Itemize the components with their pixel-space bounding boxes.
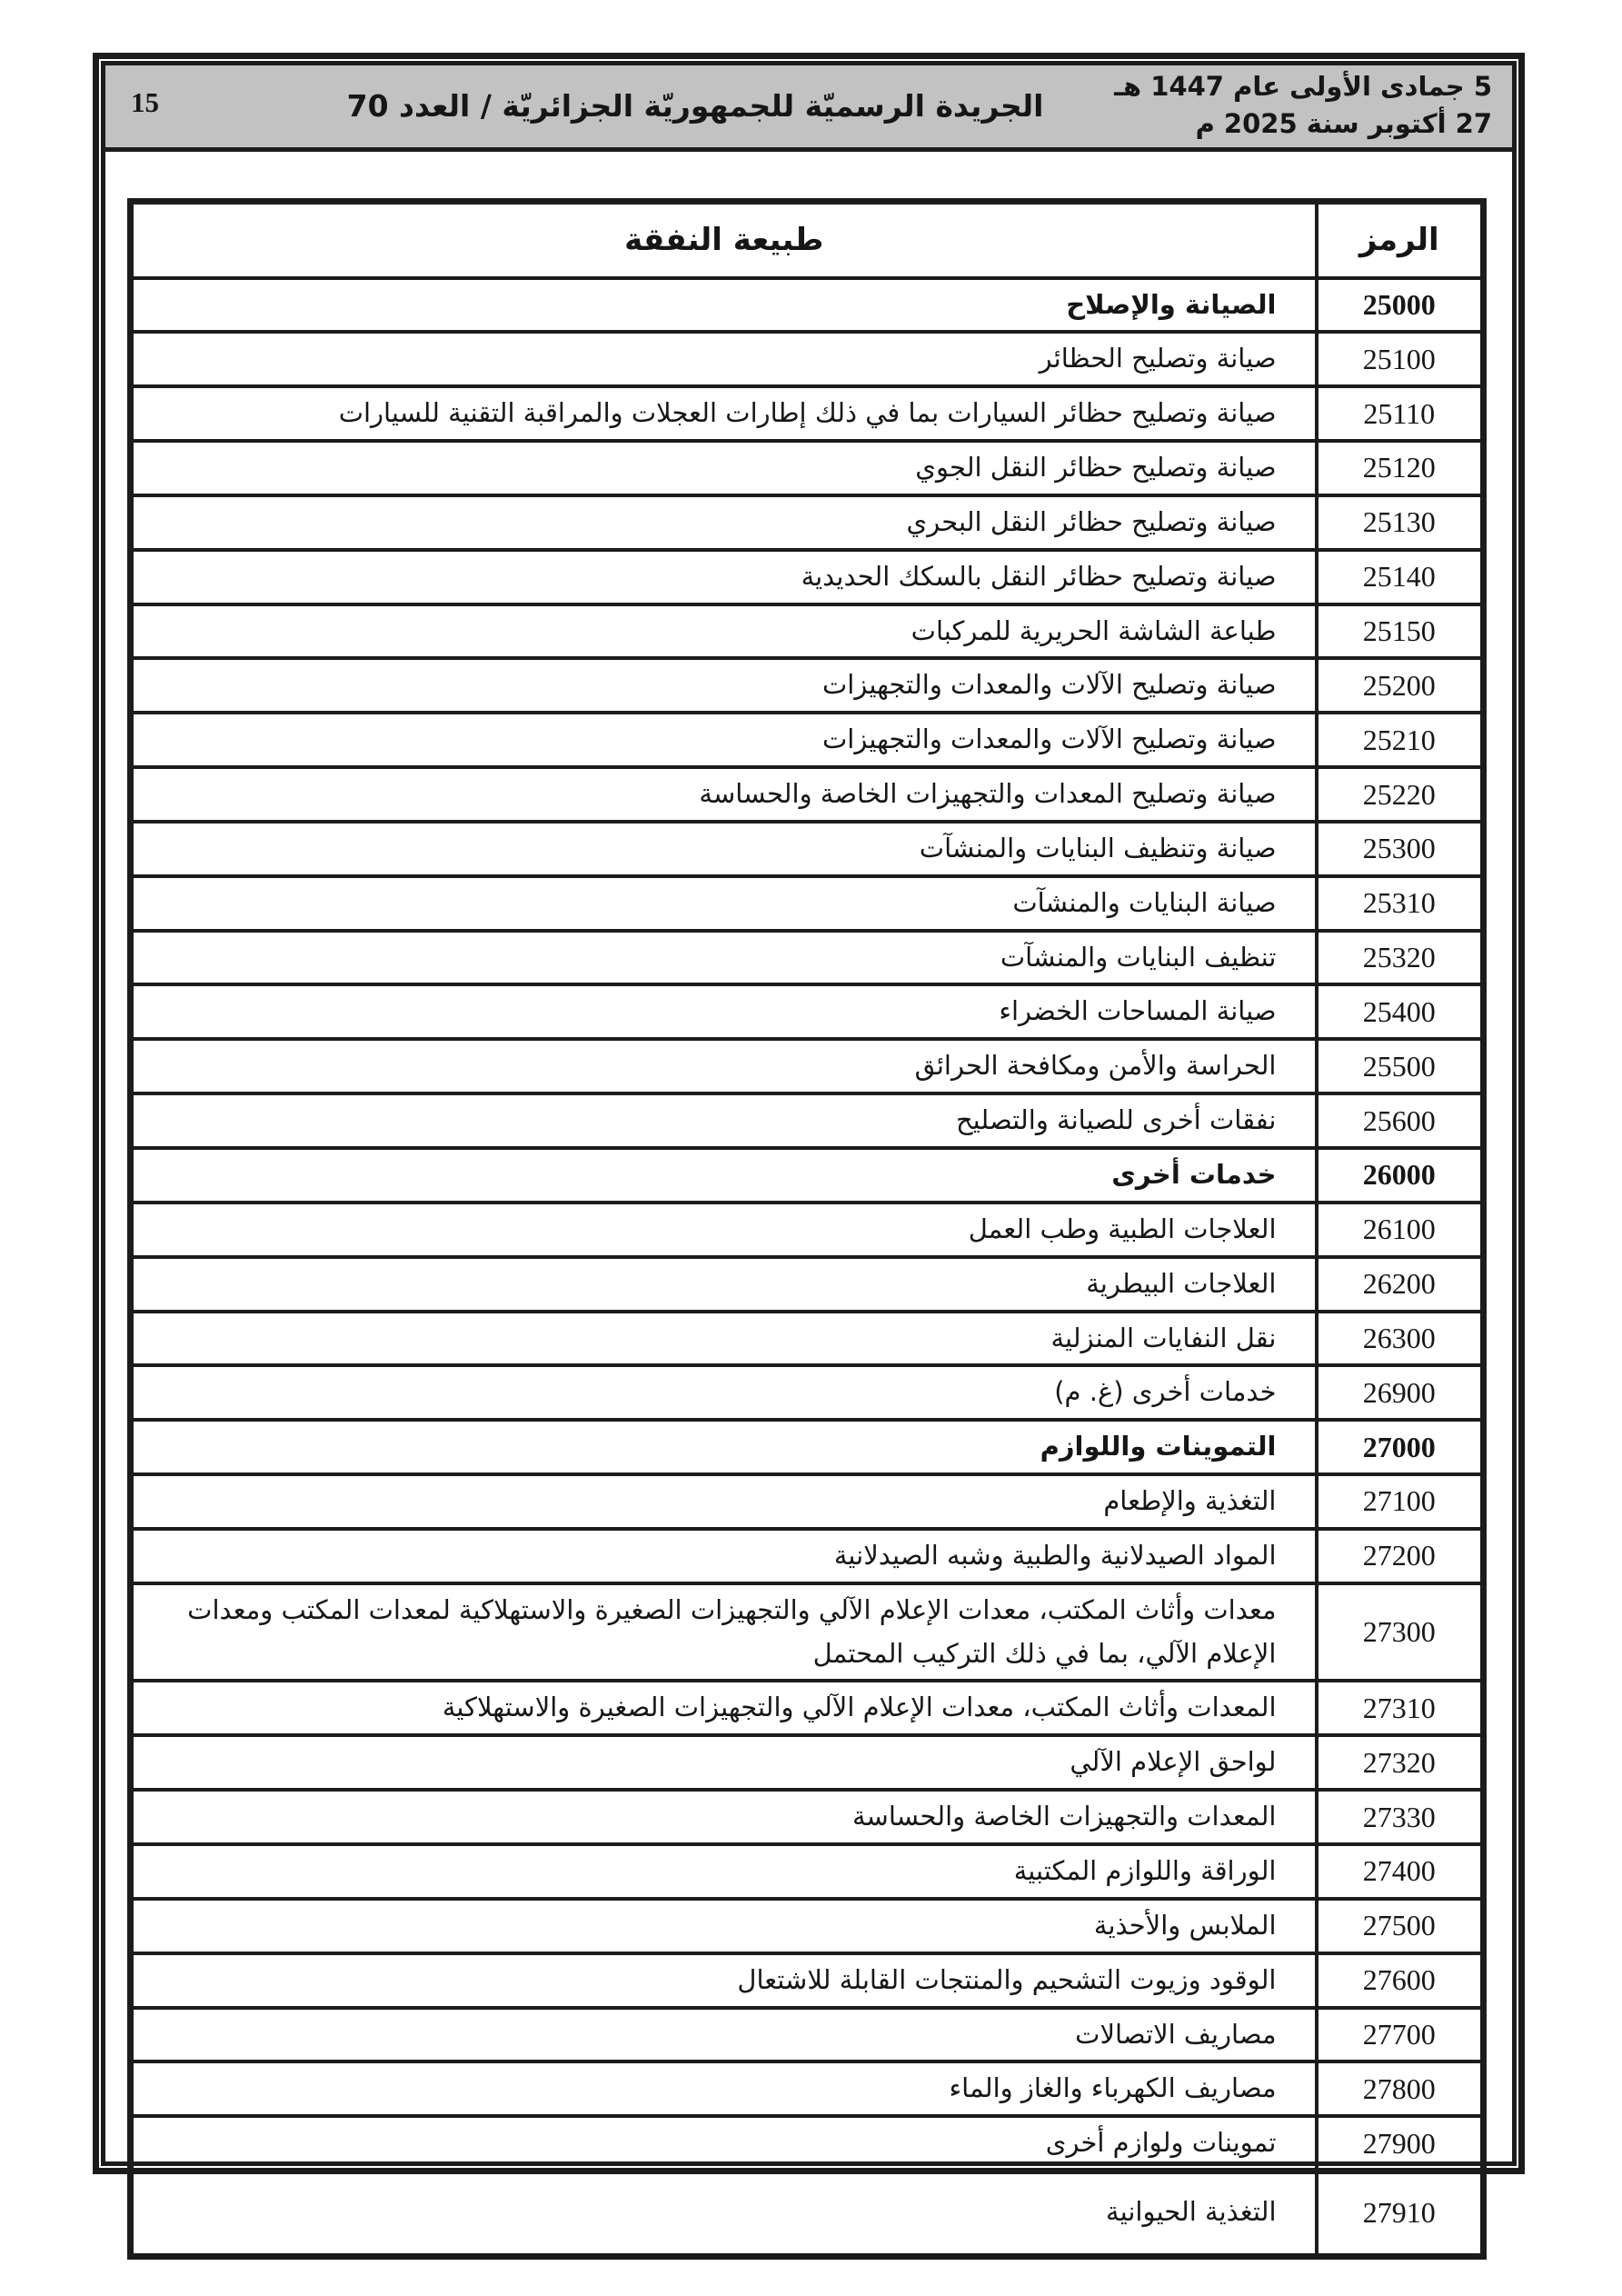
expense-nature: خدمات أخرى xyxy=(131,1148,1317,1203)
page-frame: 5 جمادى الأولى عام 1447 هـ 27 أكتوبر سنة… xyxy=(93,53,1525,2174)
expense-nature: العلاجات الطبية وطب العمل xyxy=(131,1203,1317,1257)
expense-code: 27300 xyxy=(1317,1583,1484,1682)
expense-nature: المواد الصيدلانية والطبية وشبه الصيدلاني… xyxy=(131,1529,1317,1583)
expense-code: 25130 xyxy=(1317,495,1484,550)
table-row: 27320لواحق الإعلام الآلي xyxy=(131,1735,1484,1790)
nature-column-header: طبيعة النفقة xyxy=(131,202,1317,278)
expense-code: 27900 xyxy=(1317,2116,1484,2171)
code-column-header: الرمز xyxy=(1317,202,1484,278)
expense-nature: التغذية والإطعام xyxy=(131,1474,1317,1529)
expense-code: 25220 xyxy=(1317,767,1484,822)
expense-code: 25150 xyxy=(1317,604,1484,659)
expense-code: 25200 xyxy=(1317,658,1484,713)
table-row: 25320تنظيف البنايات والمنشآت xyxy=(131,931,1484,985)
table-row: 25400صيانة المساحات الخضراء xyxy=(131,984,1484,1039)
expense-code: 26000 xyxy=(1317,1148,1484,1203)
expense-code: 25300 xyxy=(1317,822,1484,876)
table-row: 25210صيانة وتصليح الآلات والمعدات والتجه… xyxy=(131,713,1484,767)
expense-code: 27310 xyxy=(1317,1681,1484,1735)
table-row: 27600الوقود وزيوت التشحيم والمنتجات القا… xyxy=(131,1953,1484,2008)
table-row: 27100التغذية والإطعام xyxy=(131,1474,1484,1529)
expense-code: 26300 xyxy=(1317,1312,1484,1366)
expense-nature: طباعة الشاشة الحريرية للمركبات xyxy=(131,604,1317,659)
expense-code: 27320 xyxy=(1317,1735,1484,1790)
page-frame-inner: 5 جمادى الأولى عام 1447 هـ 27 أكتوبر سنة… xyxy=(101,61,1517,2166)
expense-nature: مصاريف الكهرباء والغاز والماء xyxy=(131,2061,1317,2116)
expense-code: 25400 xyxy=(1317,984,1484,1039)
expense-codes-table: الرمز طبيعة النفقة 25000الصيانة والإصلاح… xyxy=(127,198,1487,2260)
table-row: 27800مصاريف الكهرباء والغاز والماء xyxy=(131,2061,1484,2116)
journal-title: الجريدة الرسميّة للجمهوريّة الجزائريّة /… xyxy=(214,88,1176,124)
expense-nature: الوراقة واللوازم المكتبية xyxy=(131,1844,1317,1899)
expense-nature: معدات وأثاث المكتب، معدات الإعلام الآلي … xyxy=(131,1583,1317,1682)
expense-nature: تنظيف البنايات والمنشآت xyxy=(131,931,1317,985)
expense-nature: صيانة وتصليح حظائر النقل البحري xyxy=(131,495,1317,550)
expense-code: 25140 xyxy=(1317,550,1484,604)
expense-code: 25320 xyxy=(1317,931,1484,985)
table-row: 25500الحراسة والأمن ومكافحة الحرائق xyxy=(131,1039,1484,1093)
table-row: 25150طباعة الشاشة الحريرية للمركبات xyxy=(131,604,1484,659)
expense-nature: صيانة وتصليح حظائر النقل بالسكك الحديدية xyxy=(131,550,1317,604)
table-row: 25110صيانة وتصليح حظائر السيارات بما في … xyxy=(131,386,1484,441)
expense-code: 26100 xyxy=(1317,1203,1484,1257)
table-row: 27910التغذية الحيوانية xyxy=(131,2171,1484,2256)
expense-nature: صيانة وتصليح الآلات والمعدات والتجهيزات xyxy=(131,658,1317,713)
expense-nature: صيانة البنايات والمنشآت xyxy=(131,876,1317,931)
expense-nature: صيانة وتصليح الآلات والمعدات والتجهيزات xyxy=(131,713,1317,767)
expense-code: 25110 xyxy=(1317,386,1484,441)
expense-code: 27800 xyxy=(1317,2061,1484,2116)
table-row: 26300نقل النفايات المنزلية xyxy=(131,1312,1484,1366)
expense-code: 27910 xyxy=(1317,2171,1484,2256)
expense-nature: تموينات ولوازم أخرى xyxy=(131,2116,1317,2171)
expense-nature: المعدات والتجهيزات الخاصة والحساسة xyxy=(131,1790,1317,1844)
expense-code: 27200 xyxy=(1317,1529,1484,1583)
expense-code: 27000 xyxy=(1317,1420,1484,1474)
table-row: 27310المعدات وأثاث المكتب، معدات الإعلام… xyxy=(131,1681,1484,1735)
expense-nature: صيانة وتصليح حظائر السيارات بما في ذلك إ… xyxy=(131,386,1317,441)
expense-code: 26900 xyxy=(1317,1365,1484,1420)
expense-code: 25000 xyxy=(1317,278,1484,333)
table-row: 25120صيانة وتصليح حظائر النقل الجوي xyxy=(131,441,1484,495)
expense-nature: لواحق الإعلام الآلي xyxy=(131,1735,1317,1790)
expense-code: 27500 xyxy=(1317,1899,1484,1953)
expense-nature: مصاريف الاتصالات xyxy=(131,2008,1317,2062)
expense-nature: التموينات واللوازم xyxy=(131,1420,1317,1474)
table-row: 27000التموينات واللوازم xyxy=(131,1420,1484,1474)
expense-code: 27330 xyxy=(1317,1790,1484,1844)
table-header-row: الرمز طبيعة النفقة xyxy=(131,202,1484,278)
table-row: 25130صيانة وتصليح حظائر النقل البحري xyxy=(131,495,1484,550)
table-row: 25300صيانة وتنظيف البنايات والمنشآت xyxy=(131,822,1484,876)
expense-nature: صيانة وتصليح المعدات والتجهيزات الخاصة و… xyxy=(131,767,1317,822)
table-row: 27330المعدات والتجهيزات الخاصة والحساسة xyxy=(131,1790,1484,1844)
table-row: 26200العلاجات البيطرية xyxy=(131,1257,1484,1312)
expense-nature: المعدات وأثاث المكتب، معدات الإعلام الآل… xyxy=(131,1681,1317,1735)
expense-code: 26200 xyxy=(1317,1257,1484,1312)
expense-code: 25120 xyxy=(1317,441,1484,495)
expense-nature: صيانة المساحات الخضراء xyxy=(131,984,1317,1039)
expense-code: 25210 xyxy=(1317,713,1484,767)
expense-nature: نقل النفايات المنزلية xyxy=(131,1312,1317,1366)
table-row: 27300معدات وأثاث المكتب، معدات الإعلام ا… xyxy=(131,1583,1484,1682)
table-row: 27900تموينات ولوازم أخرى xyxy=(131,2116,1484,2171)
table-row: 25100صيانة وتصليح الحظائر xyxy=(131,332,1484,386)
masthead: 5 جمادى الأولى عام 1447 هـ 27 أكتوبر سنة… xyxy=(105,65,1512,152)
expense-nature: الحراسة والأمن ومكافحة الحرائق xyxy=(131,1039,1317,1093)
table-row: 25600نفقات أخرى للصيانة والتصليح xyxy=(131,1093,1484,1148)
expense-nature: العلاجات البيطرية xyxy=(131,1257,1317,1312)
expense-nature: الملابس والأحذية xyxy=(131,1899,1317,1953)
table-row: 26100العلاجات الطبية وطب العمل xyxy=(131,1203,1484,1257)
expense-code: 25500 xyxy=(1317,1039,1484,1093)
expense-nature: صيانة وتنظيف البنايات والمنشآت xyxy=(131,822,1317,876)
expense-code: 25100 xyxy=(1317,332,1484,386)
expense-code: 25600 xyxy=(1317,1093,1484,1148)
expense-code: 25310 xyxy=(1317,876,1484,931)
expense-code: 27100 xyxy=(1317,1474,1484,1529)
expense-nature: الوقود وزيوت التشحيم والمنتجات القابلة ل… xyxy=(131,1953,1317,2008)
expense-nature: نفقات أخرى للصيانة والتصليح xyxy=(131,1093,1317,1148)
table-row: 27400الوراقة واللوازم المكتبية xyxy=(131,1844,1484,1899)
table-row: 26000خدمات أخرى xyxy=(131,1148,1484,1203)
table-row: 25310صيانة البنايات والمنشآت xyxy=(131,876,1484,931)
expense-code: 27600 xyxy=(1317,1953,1484,2008)
page-number: 15 xyxy=(131,86,159,119)
table-row: 25200صيانة وتصليح الآلات والمعدات والتجه… xyxy=(131,658,1484,713)
expense-nature: خدمات أخرى (غ. م) xyxy=(131,1365,1317,1420)
table-row: 27200المواد الصيدلانية والطبية وشبه الصي… xyxy=(131,1529,1484,1583)
expense-nature: صيانة وتصليح حظائر النقل الجوي xyxy=(131,441,1317,495)
table-row: 25140صيانة وتصليح حظائر النقل بالسكك الح… xyxy=(131,550,1484,604)
table-row: 27700مصاريف الاتصالات xyxy=(131,2008,1484,2062)
expense-code: 27400 xyxy=(1317,1844,1484,1899)
expense-nature: التغذية الحيوانية xyxy=(131,2171,1317,2256)
expense-nature: صيانة وتصليح الحظائر xyxy=(131,332,1317,386)
table-row: 27500الملابس والأحذية xyxy=(131,1899,1484,1953)
table-row: 25000الصيانة والإصلاح xyxy=(131,278,1484,333)
expense-code: 27700 xyxy=(1317,2008,1484,2062)
expense-nature: الصيانة والإصلاح xyxy=(131,278,1317,333)
table-row: 25220صيانة وتصليح المعدات والتجهيزات الخ… xyxy=(131,767,1484,822)
table-row: 26900خدمات أخرى (غ. م) xyxy=(131,1365,1484,1420)
